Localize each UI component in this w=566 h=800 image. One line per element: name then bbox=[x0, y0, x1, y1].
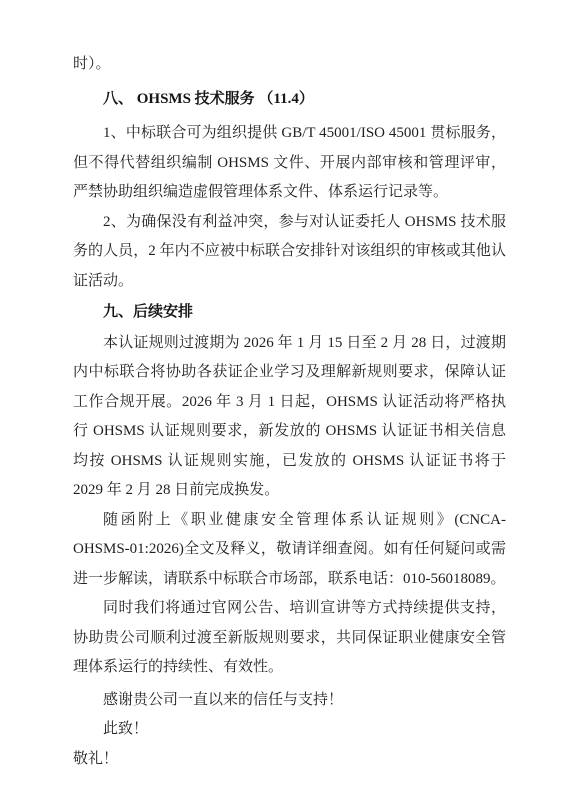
closing-regards: 此致！ bbox=[73, 715, 506, 745]
closing-salute: 敬礼！ bbox=[73, 745, 506, 775]
section-9-paragraph-thanks: 感谢贵公司一直以来的信任与支持！ bbox=[73, 686, 506, 716]
section-8-paragraph-2: 2、为确保没有利益冲突，参与对认证委托人 OHSMS 技术服务的人员，2 年内不… bbox=[73, 208, 506, 297]
document-page: 时）。 八、 OHSMS 技术服务 （11.4） 1、中标联合可为组织提供 GB… bbox=[0, 0, 566, 800]
section-9-heading: 九、后续安排 bbox=[73, 298, 506, 328]
section-8-paragraph-1: 1、中标联合可为组织提供 GB/T 45001/ISO 45001 贯标服务，但… bbox=[73, 119, 506, 208]
section-8-heading: 八、 OHSMS 技术服务 （11.4） bbox=[73, 85, 506, 115]
paragraph-continuation: 时）。 bbox=[73, 50, 506, 80]
section-9-paragraph-3: 同时我们将通过官网公告、培训宣讲等方式持续提供支持，协助贵公司顺利过渡至新版规则… bbox=[73, 594, 506, 683]
section-9-paragraph-1: 本认证规则过渡期为 2026 年 1 月 15 日至 2 月 28 日，过渡期内… bbox=[73, 329, 506, 506]
section-9-paragraph-2: 随函附上《职业健康安全管理体系认证规则》(CNCA-OHSMS-01:2026)… bbox=[73, 506, 506, 595]
